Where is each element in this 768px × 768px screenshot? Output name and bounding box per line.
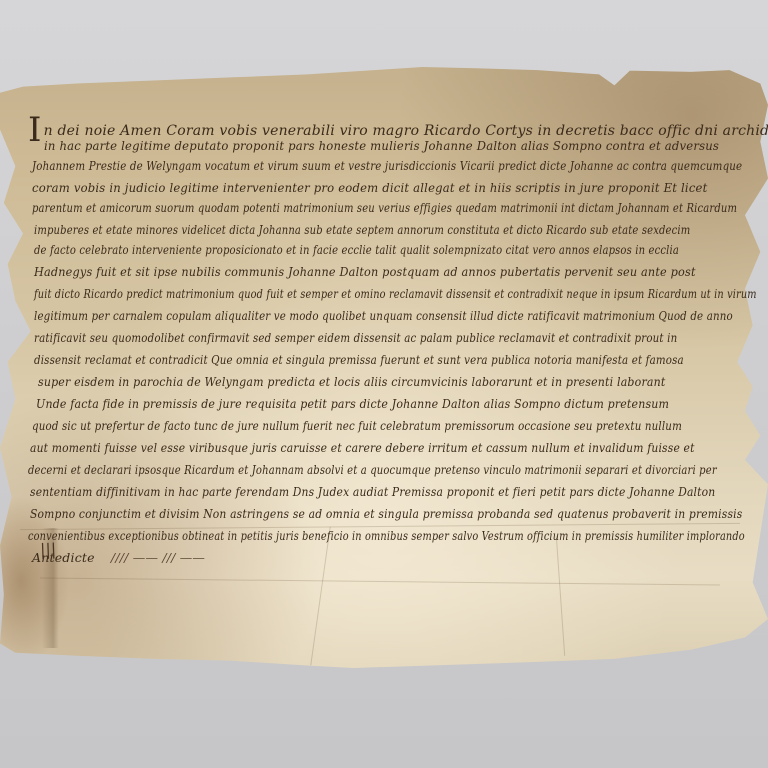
manuscript-line: ratificavit seu quomodolibet confirmavit…	[34, 330, 677, 345]
fold-crease	[310, 527, 330, 666]
manuscript-line: Unde facta fide in premissis de jure req…	[36, 396, 669, 411]
line-filler-marks: //// —— /// ——	[111, 550, 205, 565]
manuscript-line: sententiam diffinitivam in hac parte fer…	[30, 484, 715, 499]
manuscript-line: parentum et amicorum suorum quodam poten…	[32, 200, 737, 215]
manuscript-line: super eisdem in parochia de Welyngam pre…	[38, 374, 665, 389]
fold-crease	[40, 577, 720, 585]
manuscript-line: de facto celebrato interveniente proposi…	[34, 242, 679, 257]
manuscript-line: decerni et declarari ipsosque Ricardum e…	[28, 462, 717, 477]
manuscript-line: in hac parte legitime deputato proponit …	[44, 138, 719, 153]
manuscript-line: legitimum per carnalem copulam aliqualit…	[34, 308, 733, 323]
manuscript-line: dissensit reclamat et contradicit Que om…	[34, 352, 684, 367]
margin-tally: |||	[40, 540, 57, 560]
manuscript-line: Johannem Prestie de Welyngam vocatum et …	[32, 158, 742, 173]
manuscript-line: quod sic ut prefertur de facto tunc de j…	[32, 418, 682, 433]
manuscript-line: coram vobis in judicio legitime interven…	[32, 180, 707, 195]
manuscript-line: aut momenti fuisse vel esse viribusque j…	[30, 440, 695, 455]
manuscript-line: fuit dicto Ricardo predict matrimonium q…	[34, 286, 757, 301]
manuscript-line: Sompno conjunctim et divisim Non astring…	[30, 506, 742, 521]
manuscript-line: impuberes et etate minores videlicet dic…	[34, 222, 690, 237]
manuscript-line: convenientibus exceptionibus obtineat in…	[28, 528, 745, 543]
manuscript-line: Hadnegys fuit et sit ipse nubilis commun…	[34, 264, 696, 279]
fold-crease	[556, 536, 565, 656]
decorated-initial: I	[28, 110, 42, 150]
